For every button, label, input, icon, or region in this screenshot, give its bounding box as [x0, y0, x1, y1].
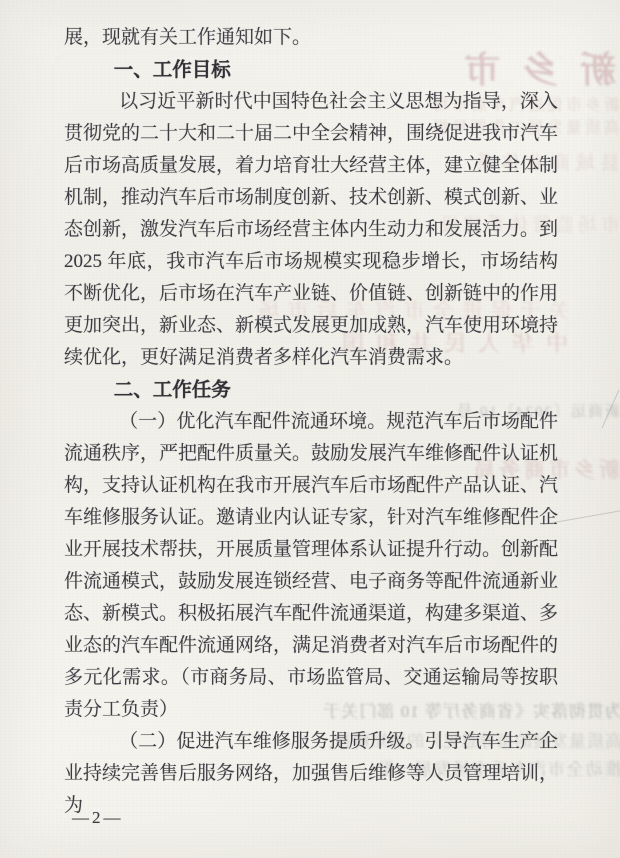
scanned-page: 新乡市 新乡市促进汽车后市场 高质量发展工作领导组 县域商业体系 市场监管体系建… — [0, 0, 620, 858]
body-paragraph-continuation: 展，现就有关工作通知如下。 — [64, 22, 558, 54]
section-heading-work-goals: 一、工作目标 — [64, 54, 558, 86]
page-number: —2— — [72, 808, 124, 828]
body-paragraph-task-1: （一）优化汽车配件流通环境。规范汽车后市场配件流通秩序，严把配件质量关。鼓励发展… — [64, 406, 558, 726]
section-heading-work-tasks: 二、工作任务 — [64, 374, 558, 406]
scan-edge-mark — [602, 390, 620, 429]
body-paragraph-goals: 以习近平新时代中国特色社会主义思想为指导，深入贯彻党的二十大和二十届二中全会精神… — [64, 86, 558, 374]
document-body: 展，现就有关工作通知如下。 一、工作目标 以习近平新时代中国特色社会主义思想为指… — [64, 22, 558, 822]
body-paragraph-task-2: （二）促进汽车维修服务提质升级。引导汽车生产企业持续完善售后服务网络，加强售后维… — [64, 726, 558, 822]
